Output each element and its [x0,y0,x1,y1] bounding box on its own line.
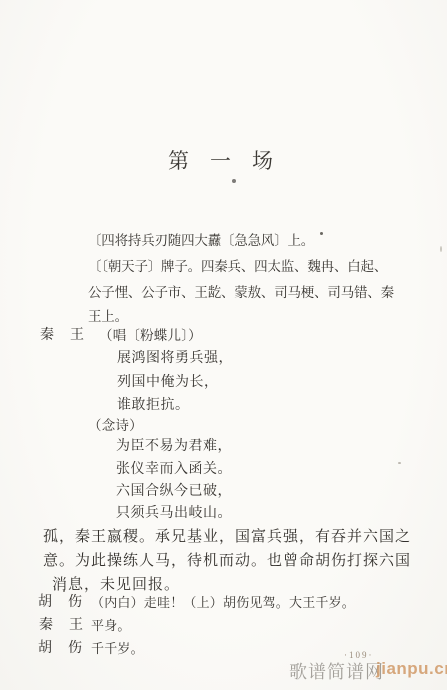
sing-cue: （唱〔粉蝶儿〕） [99,328,202,344]
stage-direction: 王上。 [88,309,128,325]
poem-line: 六国合纵今已破， [116,484,232,501]
poem-line: 只须兵马出岐山。 [116,506,232,523]
ink-speck [398,462,401,464]
dialogue-line: 平身。 [91,618,131,634]
stage-direction: 〔四将持兵刃随四大纛〔急急风〕上。 [88,233,314,249]
dialogue-line: 千千岁。 [91,641,144,657]
monologue-line: 消息，未见回报。 [52,576,180,594]
book-page: 第 一 场 〔四将持兵刃随四大纛〔急急风〕上。 〔〔朝天子〕牌子。四秦兵、四太监… [0,0,447,690]
watermark-site-name: 歌谱简谱网 [289,658,384,684]
aria-line: 列国中俺为长， [117,375,219,392]
role-label-hu-shang: 胡 伤 [38,595,83,612]
title-dot [232,179,236,183]
role-label-qin-wang: 秦 王 [40,328,85,345]
ink-speck [63,590,65,592]
dialogue-line: （内白）走哇！（上）胡伤见驾。大王千岁。 [91,595,355,611]
aria-line: 展鸿图将勇兵强， [117,351,233,368]
aria-line: 谁敢拒抗。 [117,398,190,415]
watermark-site-url: jianpu.cn [376,659,447,679]
monologue-line: 孤，秦王嬴稷。承兄基业，国富兵强，有吞并六国之 [43,528,411,546]
ink-speck [320,232,323,235]
role-label-qin-wang: 秦 王 [39,618,84,635]
stage-direction: 公子悝、公子市、王龁、蒙敖、司马梗、司马错、秦 [88,285,394,301]
monologue-line: 意。为此操练人马，待机而动。也曾命胡伤打探六国 [43,552,411,570]
poem-line: 为臣不易为君难， [116,439,232,456]
scan-edge-mark [440,246,442,252]
stage-direction: 〔〔朝天子〕牌子。四秦兵、四太监、魏冉、白起、 [88,259,387,275]
scene-title: 第 一 场 [168,149,273,174]
role-label-hu-shang: 胡 伤 [38,641,83,658]
poem-line: 张仪幸而入函关。 [116,462,232,479]
recite-cue: （念诗） [88,418,143,434]
